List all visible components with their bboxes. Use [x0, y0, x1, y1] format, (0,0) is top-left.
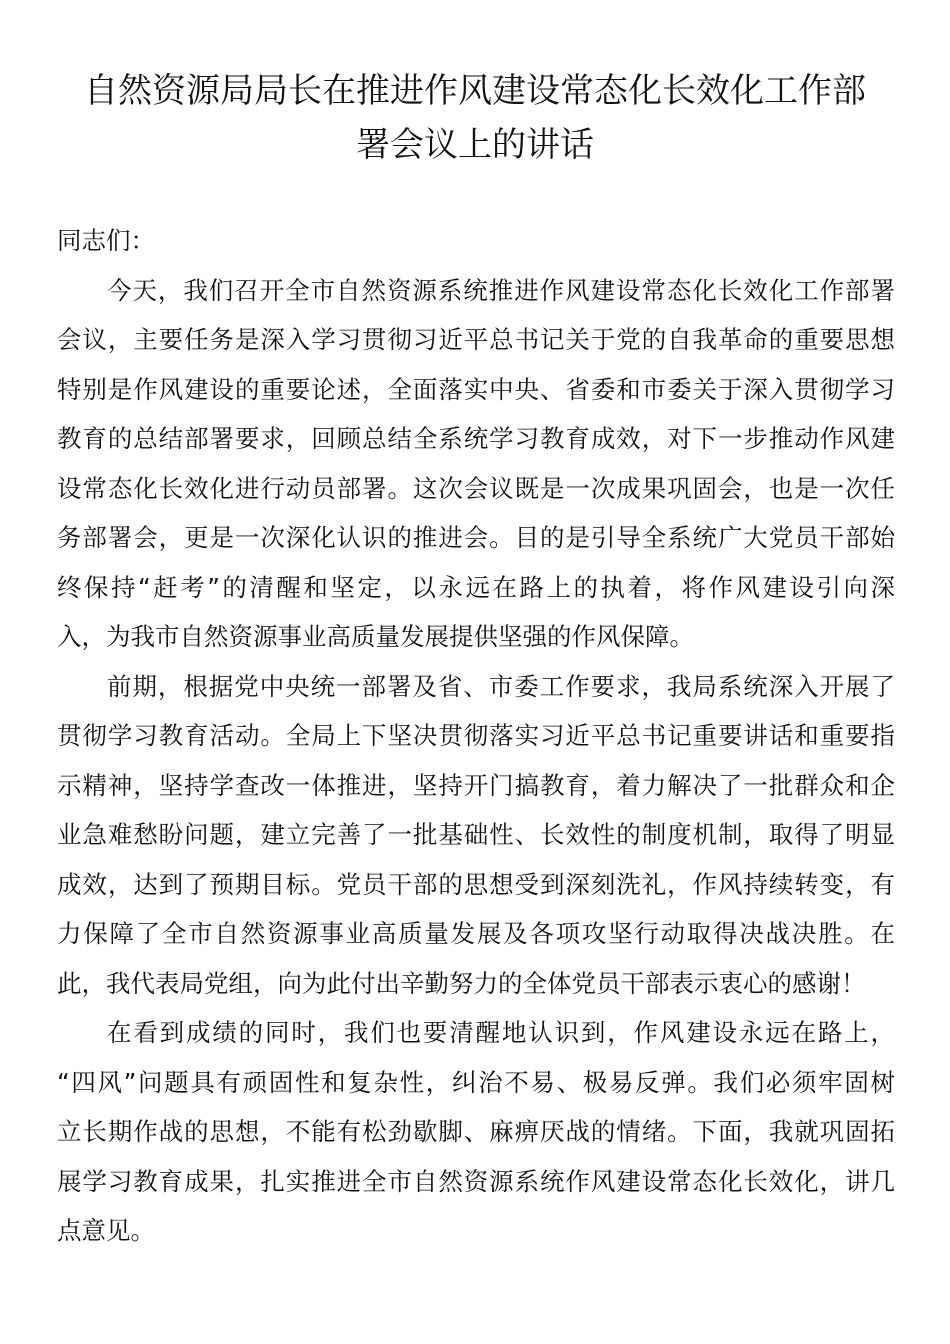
- text-line: 教育的总结部署要求，回顾总结全系统学习教育成效，对下一步推动作风建: [57, 414, 895, 464]
- title-line: 自然资源局局长在推进作风建设常态化长效化工作部: [40, 64, 910, 118]
- text-line: 成效，达到了预期目标。党员干部的思想受到深刻洗礼，作风持续转变，有: [57, 860, 895, 910]
- text-line: 立长期作战的思想，不能有松劲歇脚、麻痹厌战的情绪。下面，我就巩固拓: [57, 1107, 895, 1157]
- document-body: 同志们： 今天，我们召开全市自然资源系统推进作风建设常态化长效化工作部署 会议，…: [57, 216, 895, 1256]
- paragraph-1: 今天，我们召开全市自然资源系统推进作风建设常态化长效化工作部署 会议，主要任务是…: [57, 266, 895, 662]
- document-page: 自然资源局局长在推进作风建设常态化长效化工作部 署会议上的讲话 同志们： 今天，…: [0, 0, 950, 1344]
- text-line: 贯彻学习教育活动。全局上下坚决贯彻落实习近平总书记重要讲话和重要指: [57, 711, 895, 761]
- salutation: 同志们：: [57, 216, 895, 266]
- text-line: 前期，根据党中央统一部署及省、市委工作要求，我局系统深入开展了: [57, 662, 895, 712]
- text-line: 今天，我们召开全市自然资源系统推进作风建设常态化长效化工作部署: [57, 266, 895, 316]
- text-line: 特别是作风建设的重要论述，全面落实中央、省委和市委关于深入贯彻学习: [57, 365, 895, 415]
- document-title: 自然资源局局长在推进作风建设常态化长效化工作部 署会议上的讲话: [40, 64, 910, 172]
- text-line: 在看到成绩的同时，我们也要清醒地认识到，作风建设永远在路上，: [57, 1008, 895, 1058]
- title-line: 署会议上的讲话: [40, 118, 910, 172]
- text-line: 此，我代表局党组，向为此付出辛勤努力的全体党员干部表示衷心的感谢！: [57, 959, 895, 1009]
- paragraph-3: 在看到成绩的同时，我们也要清醒地认识到，作风建设永远在路上， “四风”问题具有顽…: [57, 1008, 895, 1256]
- text-line: 点意见。: [57, 1206, 895, 1256]
- text-line: “四风”问题具有顽固性和复杂性，纠治不易、极易反弹。我们必须牢固树: [57, 1058, 895, 1108]
- text-line: 力保障了全市自然资源事业高质量发展及各项攻坚行动取得决战决胜。在: [57, 909, 895, 959]
- text-line: 示精神，坚持学查改一体推进，坚持开门搞教育，着力解决了一批群众和企: [57, 761, 895, 811]
- text-line: 设常态化长效化进行动员部署。这次会议既是一次成果巩固会，也是一次任: [57, 464, 895, 514]
- text-line: 务部署会，更是一次深化认识的推进会。目的是引导全系统广大党员干部始: [57, 513, 895, 563]
- text-line: 业急难愁盼问题，建立完善了一批基础性、长效性的制度机制，取得了明显: [57, 810, 895, 860]
- paragraph-2: 前期，根据党中央统一部署及省、市委工作要求，我局系统深入开展了 贯彻学习教育活动…: [57, 662, 895, 1009]
- text-line: 展学习教育成果，扎实推进全市自然资源系统作风建设常态化长效化，讲几: [57, 1157, 895, 1207]
- text-line: 入，为我市自然资源事业高质量发展提供坚强的作风保障。: [57, 612, 895, 662]
- text-line: 终保持“赶考”的清醒和坚定，以永远在路上的执着，将作风建设引向深: [57, 563, 895, 613]
- text-line: 会议，主要任务是深入学习贯彻习近平总书记关于党的自我革命的重要思想: [57, 315, 895, 365]
